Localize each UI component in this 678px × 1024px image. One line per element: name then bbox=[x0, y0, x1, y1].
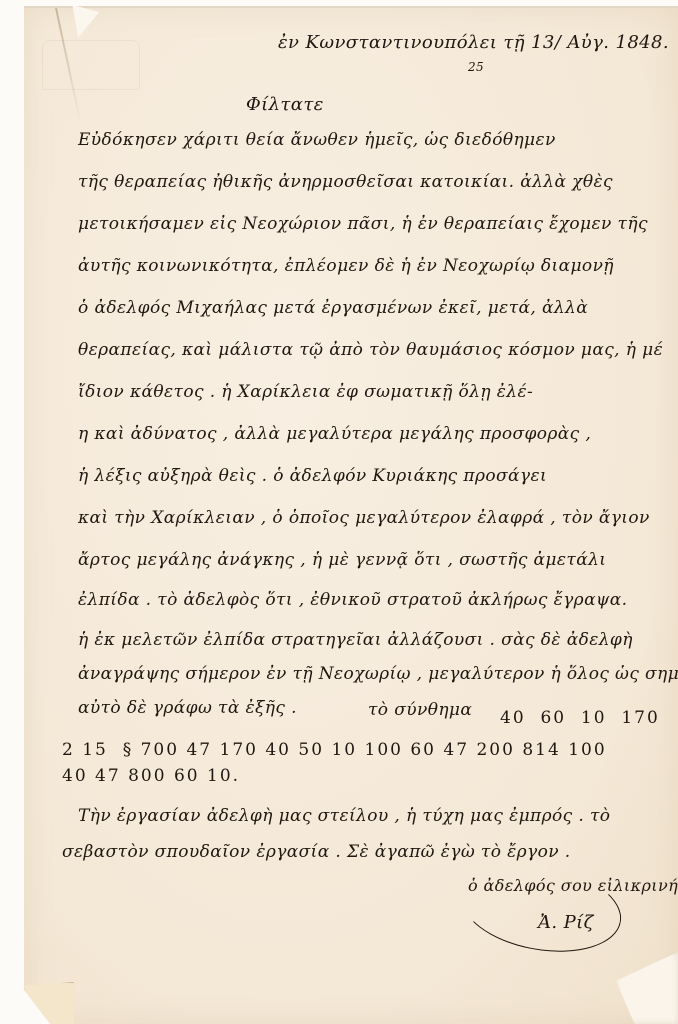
body-line: θεραπείας, καὶ μάλιστα τῷ ἀπὸ τὸν θαυμάσ… bbox=[78, 340, 663, 360]
watermark-emblem bbox=[42, 40, 140, 90]
body-line: ἡ ἐκ μελετῶν ἐλπίδα στρατηγεῖαι ἀλλάζουσ… bbox=[78, 630, 633, 650]
cipher-line-3: 40 47 800 60 10. bbox=[62, 766, 240, 786]
body-line: ἀυτῆς κοινωνικότητα, ἐπλέομεν δὲ ἡ ἐν Νε… bbox=[78, 256, 614, 276]
body-line: μετοικήσαμεν εἰς Νεοχώριον πᾶσι, ἡ ἐν θε… bbox=[78, 214, 648, 234]
closing-line: σεβαστὸν σπουδαῖον ἐργασία . Σὲ ἀγαπῶ ἐγ… bbox=[62, 842, 571, 862]
cipher-line-2: 2 15 § 700 47 170 40 50 10 100 60 47 200… bbox=[62, 740, 607, 760]
body-line: ἀναγράψης σήμερον ἐν τῇ Νεοχωρίῳ , μεγαλ… bbox=[78, 664, 678, 684]
body-line: αὐτὸ δὲ γράφω τὰ ἐξῆς . bbox=[78, 698, 297, 718]
body-line: ἄρτος μεγάλης ἀνάγκης , ἡ μὲ γεννᾷ ὅτι ,… bbox=[78, 550, 606, 570]
body-line: τῆς θεραπείας ἠθικῆς ἀνηρμοσθεῖσαι κατοι… bbox=[78, 172, 613, 192]
cipher-line-1: 40 60 10 170 bbox=[500, 708, 660, 728]
cipher-label: τὸ σύνθημα bbox=[368, 700, 472, 720]
body-line: ἴδιον κάθετος . ἡ Χαρίκλεια ἐφ σωματικῇ … bbox=[78, 382, 533, 402]
body-line: καὶ τὴν Χαρίκλειαν , ὁ ὁποῖος μεγαλύτερο… bbox=[78, 508, 650, 528]
body-line: ἡ λέξις αὐξηρὰ θεὶς . ὁ ἀδελφόν Κυριάκης… bbox=[78, 466, 547, 486]
place-and-date: ἐν Κωνσταντινουπόλει τῇ 13/ Αὐγ. 1848. bbox=[278, 32, 669, 53]
signature-name: Ἀ. Ρίζ bbox=[538, 912, 594, 933]
body-line: η καὶ ἀδύνατος , ἀλλὰ μεγαλύτερα μεγάλης… bbox=[78, 424, 591, 444]
body-line: ἐλπίδα . τὸ ἀδελφὸς ὅτι , ἐθνικοῦ στρατο… bbox=[78, 590, 627, 610]
closing-line: Τὴν ἐργασίαν ἀδελφὴ μας στείλου , ἡ τύχη… bbox=[78, 806, 610, 826]
signature-closing: ὁ ἀδελφός σου εἰλικρινής bbox=[468, 876, 678, 895]
body-line: Εὐδόκησεν χάριτι θεία ἄνωθεν ἡμεῖς, ὡς δ… bbox=[78, 130, 556, 150]
salutation: Φίλτατε bbox=[246, 94, 324, 115]
date-subscript: 25 bbox=[468, 60, 484, 74]
body-line: ὁ ἀδελφός Μιχαήλας μετά ἐργασμένων ἐκεῖ,… bbox=[78, 298, 588, 318]
